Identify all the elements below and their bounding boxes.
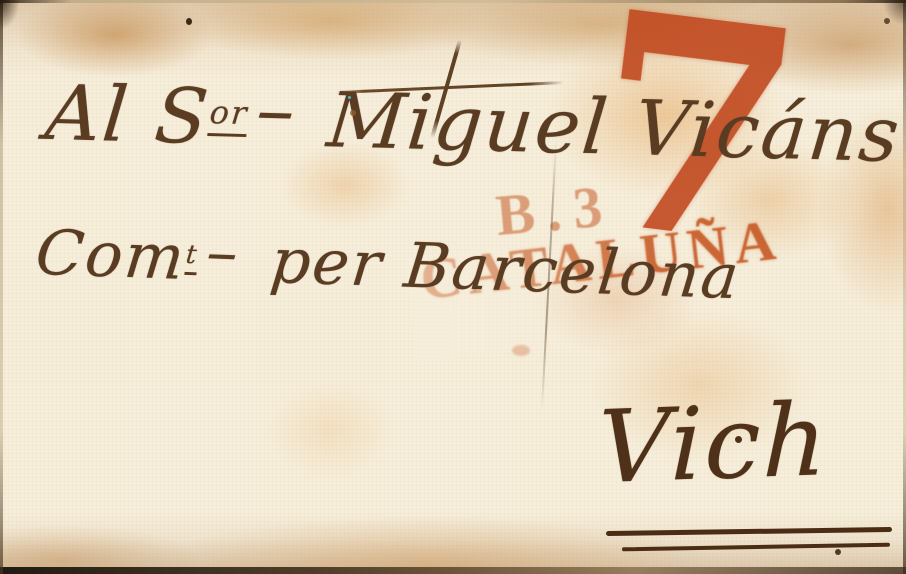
- red-smudge: [512, 345, 530, 356]
- abbreviation-text: Com: [32, 216, 189, 294]
- addressee-name: Miguel Vicáns: [324, 75, 905, 179]
- paper-edge-bottom: [0, 567, 906, 574]
- destination-underline-1: [606, 527, 892, 536]
- ink-speck: [186, 18, 192, 25]
- salutation-text: Al S: [42, 68, 214, 161]
- destination-name: Vich: [597, 382, 830, 505]
- paper-edge-left: [0, 0, 3, 574]
- letter-cover-photo: 7 B.3 CATALUÑA Al Sor–Miguel Vicáns Comt…: [0, 0, 906, 574]
- paper-edge-top: [0, 0, 906, 3]
- destination-underline-2: [622, 543, 890, 552]
- dark-corner-top-left: [0, 0, 20, 30]
- blue-speck: [348, 96, 351, 99]
- salutation-superscript: or: [208, 93, 251, 137]
- ink-speck: [835, 549, 841, 555]
- ink-speck: [735, 436, 742, 443]
- abbreviation-dash: –: [253, 64, 302, 154]
- route-text: per Barcelona: [267, 224, 744, 313]
- dark-corner-top-right: [882, 0, 906, 26]
- abbreviation-dash: –: [203, 214, 244, 288]
- ink-speck: [350, 110, 356, 116]
